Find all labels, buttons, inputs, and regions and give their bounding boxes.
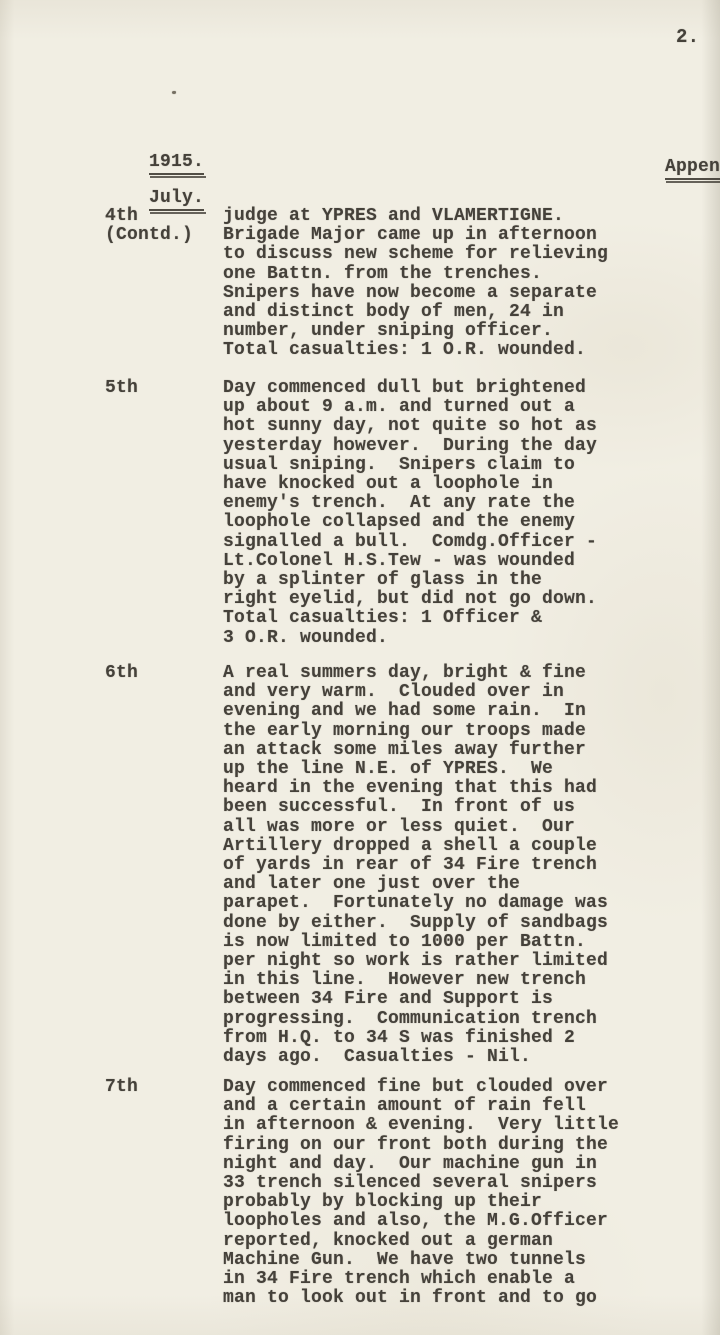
- page-number: 2.: [676, 27, 699, 47]
- diary-entry: 5th Day commenced dull but brightened up…: [105, 379, 677, 648]
- entry-date: 4th (Contd.): [105, 207, 223, 245]
- entry-date: 7th: [105, 1078, 223, 1097]
- entry-date: 5th: [105, 379, 223, 398]
- entry-text: A real summers day, bright & fine and ve…: [223, 664, 677, 1067]
- entry-text: judge at YPRES and VLAMERTIGNE. Brigade …: [223, 207, 677, 361]
- appendix-heading-text: Appendix.: [665, 158, 720, 180]
- entry-text: Day commenced fine but clouded over and …: [223, 1078, 677, 1308]
- entry-date: 6th: [105, 664, 223, 683]
- entry-text: Day commenced dull but brightened up abo…: [223, 379, 677, 648]
- document-page: 2. 1915. Appendix. July. 4th (Contd.) ju…: [0, 0, 720, 1335]
- diary-entry: 6th A real summers day, bright & fine an…: [105, 664, 677, 1067]
- diary-entry: 7th Day commenced fine but clouded over …: [105, 1078, 677, 1308]
- diary-entry: 4th (Contd.) judge at YPRES and VLAMERTI…: [105, 207, 677, 361]
- ink-speck: [172, 91, 176, 94]
- appendix-heading: Appendix.: [621, 139, 720, 200]
